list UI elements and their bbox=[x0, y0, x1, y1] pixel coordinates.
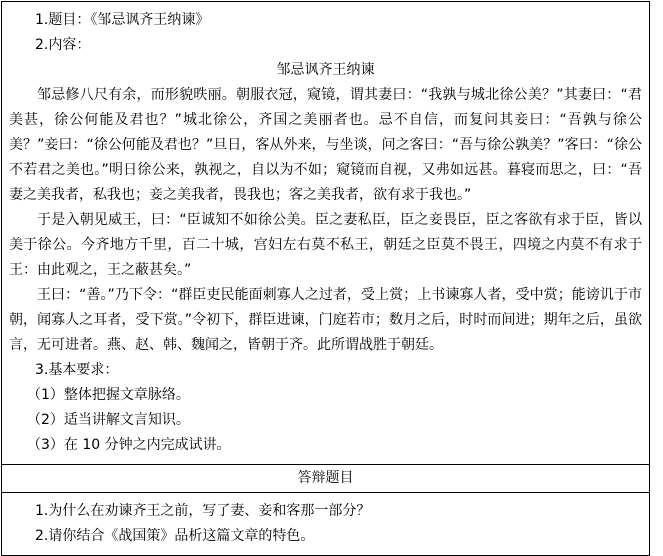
defense-question-1: 1.为什么在劝谏齐王之前，写了妻、妾和客那一部分？ bbox=[9, 499, 642, 524]
question-content-section: 1.题目：《邹忌讽齐王纳谏》 2.内容： 邹忌讽齐王纳谏 邹忌修八尺有余，而形貌… bbox=[2, 2, 649, 464]
defense-questions-section: 1.为什么在劝谏齐王之前，写了妻、妾和客那一部分？ 2.请你结合《战国策》品析这… bbox=[2, 492, 649, 555]
content-label-line: 2.内容： bbox=[9, 33, 642, 58]
defense-question-2: 2.请你结合《战国策》品析这篇文章的特色。 bbox=[9, 524, 642, 549]
exam-paper-page: 1.题目：《邹忌讽齐王纳谏》 2.内容： 邹忌讽齐王纳谏 邹忌修八尺有余，而形貌… bbox=[0, 1, 663, 533]
exam-question-table: 1.题目：《邹忌讽齐王纳谏》 2.内容： 邹忌讽齐王纳谏 邹忌修八尺有余，而形貌… bbox=[1, 1, 650, 556]
article-paragraph-2: 于是入朝见威王，曰：“臣诚知不如徐公美。臣之妻私臣，臣之妾畏臣，臣之客欲有求于臣… bbox=[9, 208, 642, 283]
basic-requirements-label: 3.基本要求： bbox=[9, 358, 642, 383]
requirement-item-3: （3）在 10 分钟之内完成试讲。 bbox=[9, 433, 642, 458]
defense-header-title: 答辩题目 bbox=[9, 466, 642, 491]
article-paragraph-1: 邹忌修八尺有余，而形貌昳丽。朝服衣冠，窥镜，谓其妻曰：“我孰与城北徐公美？”其妻… bbox=[9, 83, 642, 208]
article-paragraph-3: 王曰：“善。”乃下令：“群臣吏民能面刺寡人之过者，受上赏；上书谏寡人者，受中赏；… bbox=[9, 283, 642, 358]
question-title-line: 1.题目：《邹忌讽齐王纳谏》 bbox=[9, 8, 642, 33]
requirement-item-2: （2）适当讲解文言知识。 bbox=[9, 408, 642, 433]
article-title: 邹忌讽齐王纳谏 bbox=[9, 58, 642, 83]
requirement-item-1: （1）整体把握文章脉络。 bbox=[9, 383, 642, 408]
defense-header-row: 答辩题目 bbox=[2, 464, 649, 492]
